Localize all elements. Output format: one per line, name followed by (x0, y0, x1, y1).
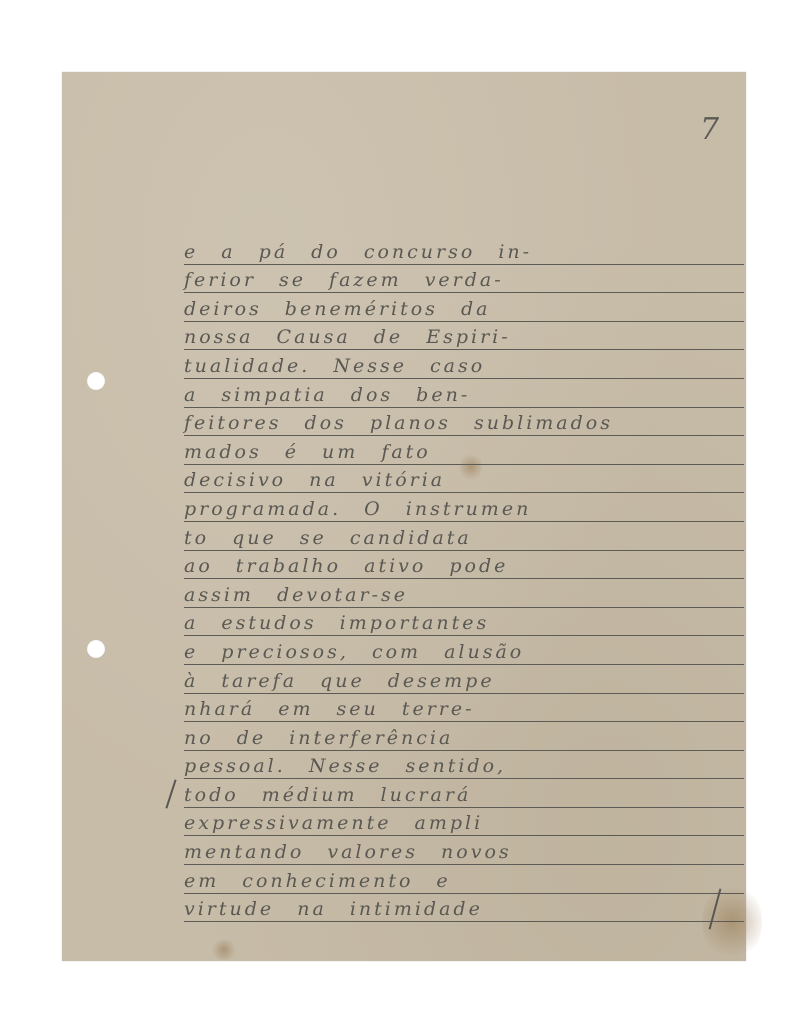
text-line: programada. O instrumen (184, 493, 744, 522)
ruled-text-lines: e a pá do concurso in- ferior se fazem v… (184, 236, 744, 922)
text-line: e preciosos, com alusão (184, 636, 744, 665)
text-line: decisivo na vitória (184, 465, 744, 494)
text-line: todo médium lucrará (184, 779, 744, 808)
text-line: nhará em seu terre- (184, 694, 744, 723)
text-line: deiros beneméritos da (184, 293, 744, 322)
margin-stroke (165, 779, 176, 808)
text-line: em conhecimento e (184, 865, 744, 894)
manuscript-page: 7 e a pá do concurso in- ferior se fazem… (62, 72, 746, 961)
text-line: no de interferência (184, 722, 744, 751)
text-line: nossa Causa de Espiri- (184, 322, 744, 351)
text-line: à tarefa que desempe (184, 665, 744, 694)
text-line: a simpatia dos ben- (184, 379, 744, 408)
text-line: pessoal. Nesse sentido, (184, 751, 744, 780)
text-line: assim devotar-se (184, 579, 744, 608)
punch-hole (87, 372, 105, 390)
text-line: a estudos importantes (184, 608, 744, 637)
text-line: virtude na intimidade (184, 894, 744, 923)
punch-hole (87, 640, 105, 658)
text-line: feitores dos planos sublimados (184, 408, 744, 437)
text-line: ferior se fazem verda- (184, 265, 744, 294)
text-line: tualidade. Nesse caso (184, 350, 744, 379)
paper-stain (210, 940, 238, 960)
text-line: e a pá do concurso in- (184, 236, 744, 265)
text-line: mentando valores novos (184, 836, 744, 865)
text-line: mados é um fato (184, 436, 744, 465)
text-line: to que se candidata (184, 522, 744, 551)
text-line: ao trabalho ativo pode (184, 551, 744, 580)
text-line: expressivamente ampli (184, 808, 744, 837)
page-number: 7 (700, 112, 719, 147)
